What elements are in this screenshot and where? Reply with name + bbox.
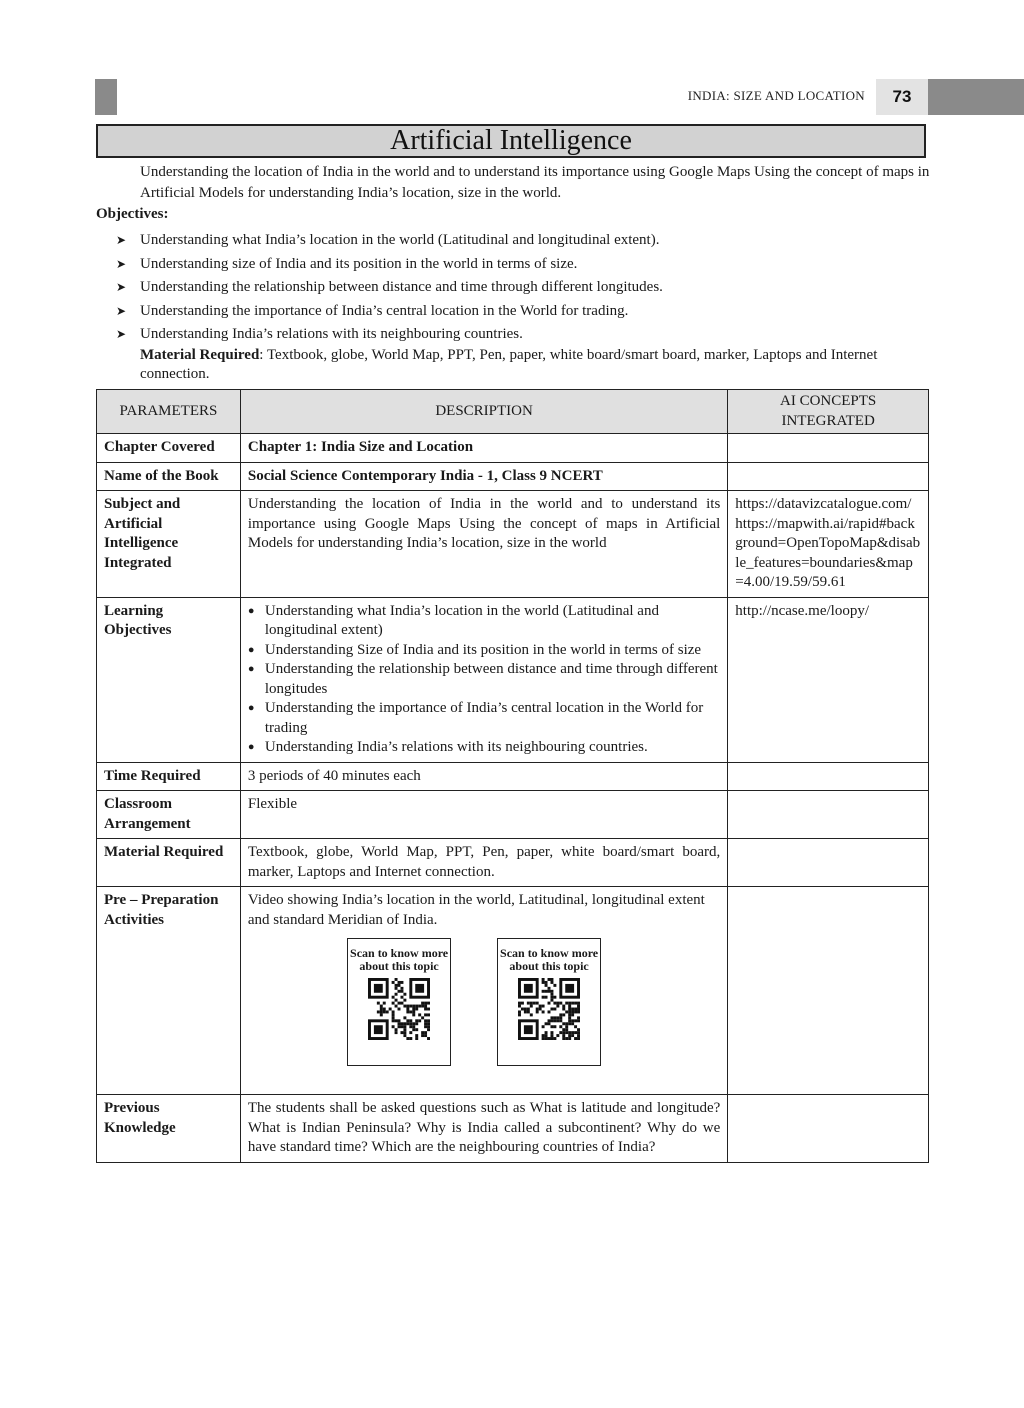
param-cell: Subject and Artificial Intelligence Inte… xyxy=(97,491,241,598)
objectives-heading: Objectives: xyxy=(96,206,168,223)
table-header-row: PARAMETERS DESCRIPTION AI CONCEPTS INTEG… xyxy=(97,390,929,434)
learning-objectives-list: Understanding what India’s location in t… xyxy=(248,602,720,758)
description-cell: 3 periods of 40 minutes each xyxy=(240,762,727,791)
param-cell: Pre – Preparation Activities xyxy=(97,887,241,1095)
qr-card[interactable]: Scan to know more about this topic xyxy=(497,938,601,1066)
param-cell: Name of the Book xyxy=(97,462,241,491)
param-cell: Material Required xyxy=(97,839,241,887)
qr-caption: Scan to know more about this topic xyxy=(348,947,450,972)
qr-caption: Scan to know more about this topic xyxy=(498,947,600,972)
description-cell: Flexible xyxy=(240,791,727,839)
ai-cell xyxy=(728,887,929,1095)
table-row: Name of the Book Social Science Contempo… xyxy=(97,462,929,491)
list-item: Understanding India’s relations with its… xyxy=(248,738,720,758)
table-row: Learning Objectives Understanding what I… xyxy=(97,597,929,762)
header-ai-concepts: AI CONCEPTS INTEGRATED xyxy=(728,390,929,434)
objective-item: ➤Understanding the importance of India’s… xyxy=(116,300,931,324)
ai-cell xyxy=(728,839,929,887)
material-required-paragraph: Material Required: Textbook, globe, Worl… xyxy=(140,346,930,384)
param-cell: Previous Knowledge xyxy=(97,1095,241,1163)
header-description: DESCRIPTION xyxy=(240,390,727,434)
arrowhead-bullet-icon: ➤ xyxy=(116,276,140,300)
qr-code-icon xyxy=(518,978,580,1040)
table-row: Chapter Covered Chapter 1: India Size an… xyxy=(97,434,929,463)
param-cell: Learning Objectives xyxy=(97,597,241,762)
description-cell: Chapter 1: India Size and Location xyxy=(240,434,727,463)
table-row: Time Required 3 periods of 40 minutes ea… xyxy=(97,762,929,791)
arrowhead-bullet-icon: ➤ xyxy=(116,253,140,277)
description-cell: Textbook, globe, World Map, PPT, Pen, pa… xyxy=(240,839,727,887)
arrowhead-bullet-icon: ➤ xyxy=(116,300,140,324)
objective-item: ➤Understanding the relationship between … xyxy=(116,276,931,300)
header-right-bar xyxy=(928,79,1024,115)
ai-cell xyxy=(728,462,929,491)
description-cell: Social Science Contemporary India - 1, C… xyxy=(240,462,727,491)
param-cell: Chapter Covered xyxy=(97,434,241,463)
table-row: Material Required Textbook, globe, World… xyxy=(97,839,929,887)
ai-cell xyxy=(728,762,929,791)
description-cell: Video showing India’s location in the wo… xyxy=(240,887,727,1095)
pre-activity-text: Video showing India’s location in the wo… xyxy=(248,891,720,930)
table-row: Subject and Artificial Intelligence Inte… xyxy=(97,491,929,598)
objective-item: ➤Understanding size of India and its pos… xyxy=(116,253,931,277)
running-title: INDIA: SIZE AND LOCATION xyxy=(600,88,865,104)
objective-item: ➤Understanding what India’s location in … xyxy=(116,229,931,253)
objective-item: ➤Understanding India’s relations with it… xyxy=(116,323,931,347)
section-title: Artificial Intelligence xyxy=(390,125,632,157)
description-cell: Understanding what India’s location in t… xyxy=(240,597,727,762)
qr-code-row: Scan to know more about this topic Scan … xyxy=(248,938,720,1066)
objectives-list: ➤Understanding what India’s location in … xyxy=(116,229,931,347)
ai-links-cell[interactable]: https://datavizcatalogue.com/ https://ma… xyxy=(728,491,929,598)
header-parameters: PARAMETERS xyxy=(97,390,241,434)
qr-code-icon xyxy=(368,978,430,1040)
ai-cell xyxy=(728,434,929,463)
param-cell: Classroom Arrangement xyxy=(97,791,241,839)
table-row: Pre – Preparation Activities Video showi… xyxy=(97,887,929,1095)
section-banner: Artificial Intelligence xyxy=(96,124,926,158)
list-item: Understanding the relationship between d… xyxy=(248,660,720,699)
page-number: 73 xyxy=(876,79,928,115)
header-left-bar xyxy=(95,79,117,115)
description-cell: The students shall be asked questions su… xyxy=(240,1095,727,1163)
list-item: Understanding Size of India and its posi… xyxy=(248,641,720,661)
material-required-label: Material Required xyxy=(140,347,259,363)
ai-link-cell[interactable]: http://ncase.me/loopy/ xyxy=(728,597,929,762)
ai-cell xyxy=(728,791,929,839)
list-item: Understanding what India’s location in t… xyxy=(248,602,720,641)
intro-paragraph: Understanding the location of India in t… xyxy=(140,162,930,204)
arrowhead-bullet-icon: ➤ xyxy=(116,323,140,347)
param-cell: Time Required xyxy=(97,762,241,791)
lesson-plan-table: PARAMETERS DESCRIPTION AI CONCEPTS INTEG… xyxy=(96,389,929,1163)
table-row: Classroom Arrangement Flexible xyxy=(97,791,929,839)
arrowhead-bullet-icon: ➤ xyxy=(116,229,140,253)
qr-card[interactable]: Scan to know more about this topic xyxy=(347,938,451,1066)
description-cell: Understanding the location of India in t… xyxy=(240,491,727,598)
list-item: Understanding the importance of India’s … xyxy=(248,699,720,738)
table-row: Previous Knowledge The students shall be… xyxy=(97,1095,929,1163)
ai-cell xyxy=(728,1095,929,1163)
